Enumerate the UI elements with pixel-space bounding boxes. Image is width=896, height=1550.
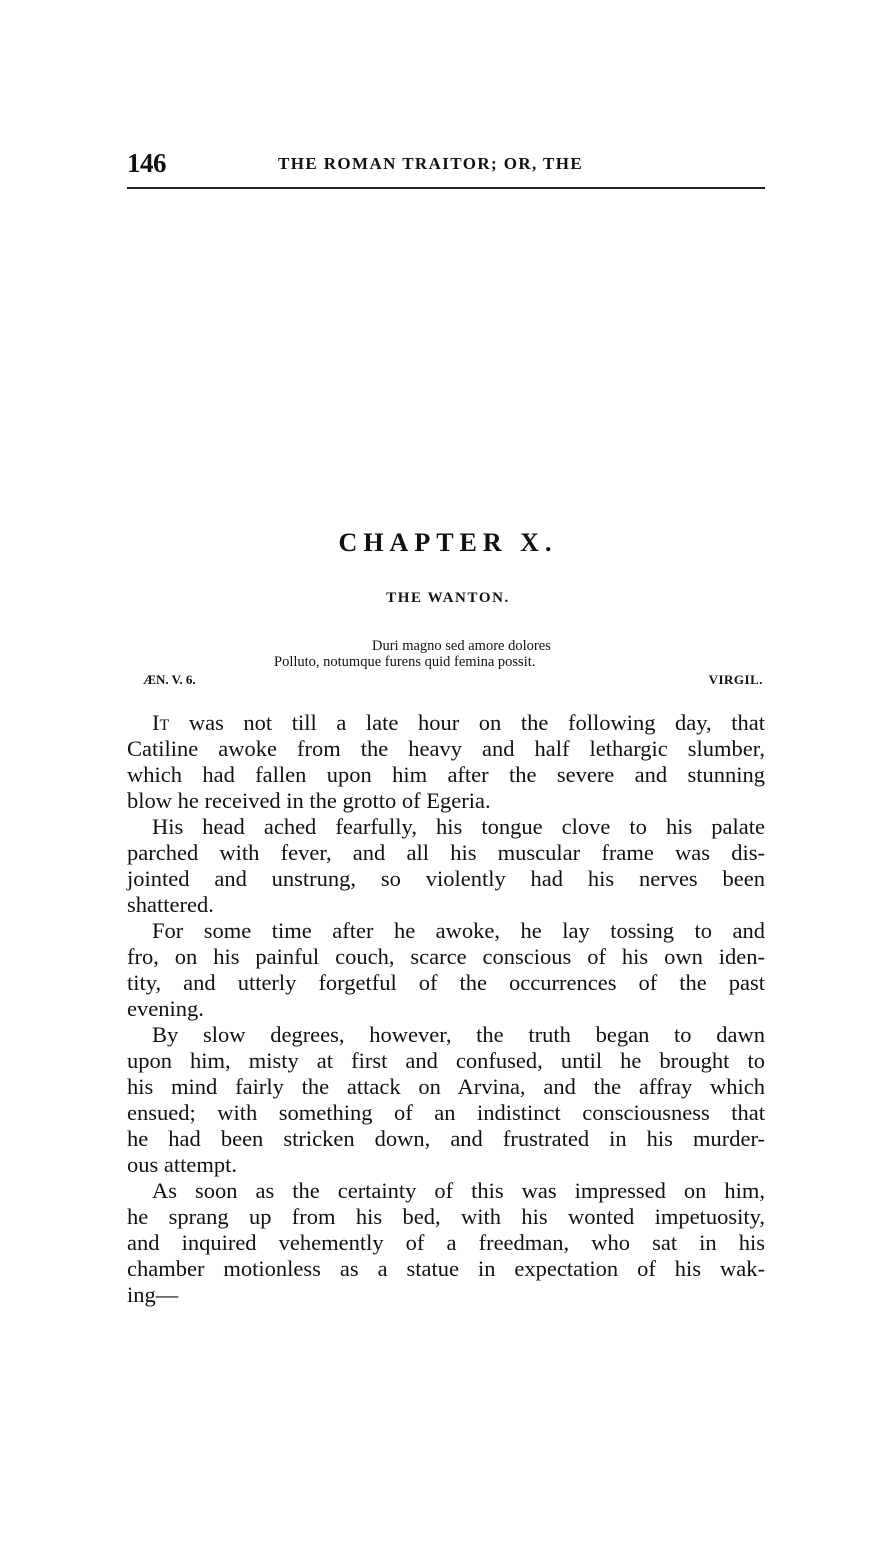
page-number: 146 <box>127 148 166 179</box>
epigraph-line: Polluto, notumque furens quid femina pos… <box>274 654 535 671</box>
text-line: he had been stricken down, and frustrate… <box>127 1126 765 1152</box>
text-line: chamber motionless as a statue in expect… <box>127 1256 765 1282</box>
paragraph: His head ached fearfully, his tongue clo… <box>127 814 765 918</box>
text-line: and inquired vehemently of a freedman, w… <box>127 1230 765 1256</box>
epigraph-author: VIRGIL. <box>709 672 763 688</box>
text-line: For some time after he awoke, he lay tos… <box>127 918 765 944</box>
epigraph-source: ÆN. V. 6. <box>143 672 196 688</box>
paragraph: By slow degrees, however, the truth bega… <box>127 1022 765 1178</box>
text-line-content: was not till a late hour on the followin… <box>169 710 765 735</box>
running-head: 146 THE ROMAN TRAITOR; OR, THE <box>127 148 765 180</box>
text-line: fro, on his painful couch, scarce consci… <box>127 944 765 970</box>
text-line: upon him, misty at first and confused, u… <box>127 1048 765 1074</box>
text-line: which had fallen upon him after the seve… <box>127 762 765 788</box>
text-line: Catiline awoke from the heavy and half l… <box>127 736 765 762</box>
header-rule <box>127 187 765 189</box>
paragraph: For some time after he awoke, he lay tos… <box>127 918 765 1022</box>
text-line: ing— <box>127 1282 765 1308</box>
epigraph-line: Duri magno sed amore dolores <box>372 638 551 655</box>
text-line: he sprang up from his bed, with his wont… <box>127 1204 765 1230</box>
body-text: It was not till a late hour on the follo… <box>127 710 765 1308</box>
text-line: As soon as the certainty of this was imp… <box>127 1178 765 1204</box>
book-page: 146 THE ROMAN TRAITOR; OR, THE CHAPTER X… <box>0 0 896 1550</box>
text-line: It was not till a late hour on the follo… <box>127 710 765 736</box>
chapter-title: CHAPTER X. <box>0 528 896 558</box>
text-line: By slow degrees, however, the truth bega… <box>127 1022 765 1048</box>
text-line: his mind fairly the attack on Arvina, an… <box>127 1074 765 1100</box>
text-line: His head ached fearfully, his tongue clo… <box>127 814 765 840</box>
text-line: tity, and utterly forgetful of the occur… <box>127 970 765 996</box>
chapter-subtitle: THE WANTON. <box>0 590 896 607</box>
running-title: THE ROMAN TRAITOR; OR, THE <box>278 154 583 174</box>
text-line: blow he received in the grotto of Egeria… <box>127 788 765 814</box>
drop-word: It <box>152 710 169 735</box>
text-line: evening. <box>127 996 765 1022</box>
text-line: shattered. <box>127 892 765 918</box>
text-line: ous attempt. <box>127 1152 765 1178</box>
epigraph: Duri magno sed amore dolores Polluto, no… <box>140 636 765 696</box>
paragraph: As soon as the certainty of this was imp… <box>127 1178 765 1308</box>
text-line: jointed and unstrung, so violently had h… <box>127 866 765 892</box>
text-line: ensued; with something of an indistinct … <box>127 1100 765 1126</box>
text-line: parched with fever, and all his muscular… <box>127 840 765 866</box>
paragraph: It was not till a late hour on the follo… <box>127 710 765 814</box>
